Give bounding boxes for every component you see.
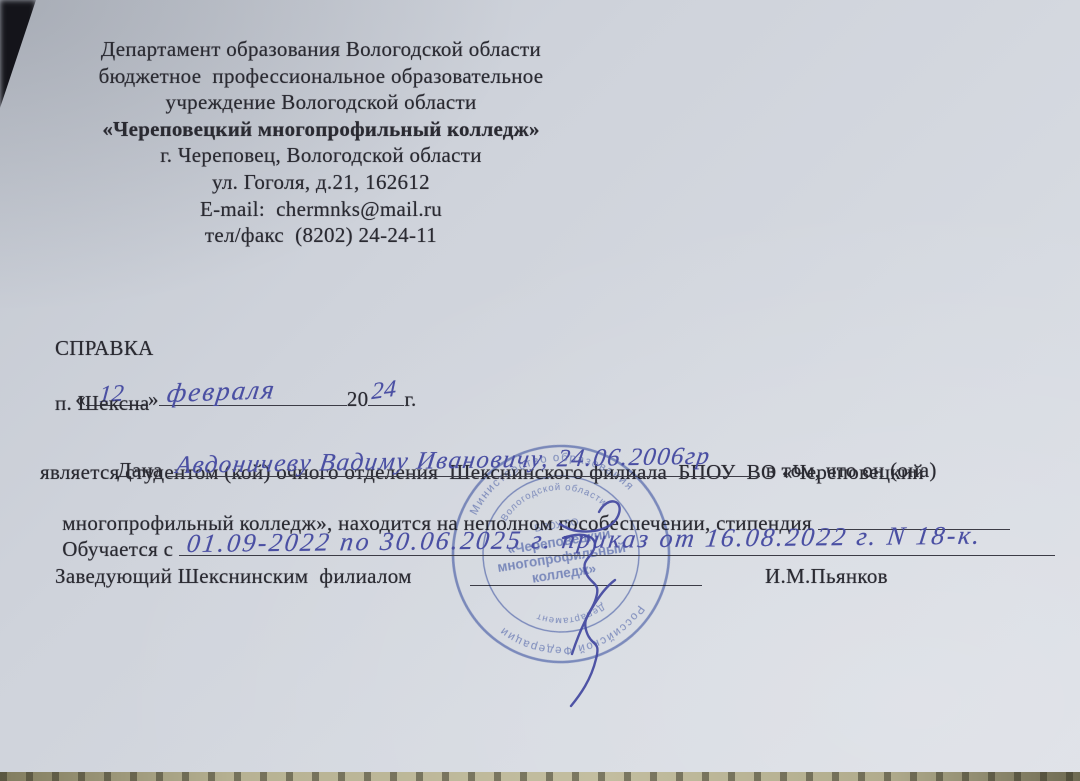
body-line1-tail: в том, что он (она) <box>766 458 937 482</box>
letterhead-line: Департамент образования Вологодской обла… <box>38 36 604 63</box>
letterhead-line: бюджетное профессиональное образовательн… <box>38 63 604 90</box>
date-year-unit: г. <box>404 387 416 411</box>
date-year-blank: 24 <box>368 405 404 406</box>
letterhead-address: ул. Гоголя, д.21, 162612 <box>38 169 604 196</box>
body-line-1: Дана Авдоничеву Вадиму Ивановичу, 24.06.… <box>95 433 937 508</box>
date-month-blank: февраля <box>159 405 347 406</box>
name-blank: Авдоничеву Вадиму Ивановичу, 24.06.2006г… <box>168 476 760 477</box>
handwritten-year: 24 <box>371 376 397 406</box>
letterhead-line: учреждение Вологодской области <box>38 89 604 116</box>
signature-ink <box>523 468 648 708</box>
letterhead-line: г. Череповец, Вологодской области <box>38 142 604 169</box>
letterhead-college-name: «Череповецкий многопрофильный колледж» <box>38 116 604 143</box>
letterhead-email: E-mail: chermnks@mail.ru <box>38 196 604 223</box>
date-year-prefix: 20 <box>347 387 369 411</box>
photo-corner-shadow <box>0 0 36 108</box>
document-page: Департамент образования Вологодской обла… <box>0 0 1080 781</box>
place-line: п. Шексна <box>55 391 150 416</box>
handwritten-month: февраля <box>165 374 278 409</box>
body-line4-label: Обучается с <box>62 537 173 561</box>
signature-top-loop <box>560 501 620 531</box>
letterhead-phone: тел/факс (8202) 24-24-11 <box>38 222 604 249</box>
paper-bottom-edge <box>0 772 1080 781</box>
document-title: СПРАВКА <box>55 336 154 361</box>
signature-descender <box>563 535 597 706</box>
body-line1-label: Дана <box>117 458 162 482</box>
letterhead: Департамент образования Вологодской обла… <box>38 36 604 249</box>
